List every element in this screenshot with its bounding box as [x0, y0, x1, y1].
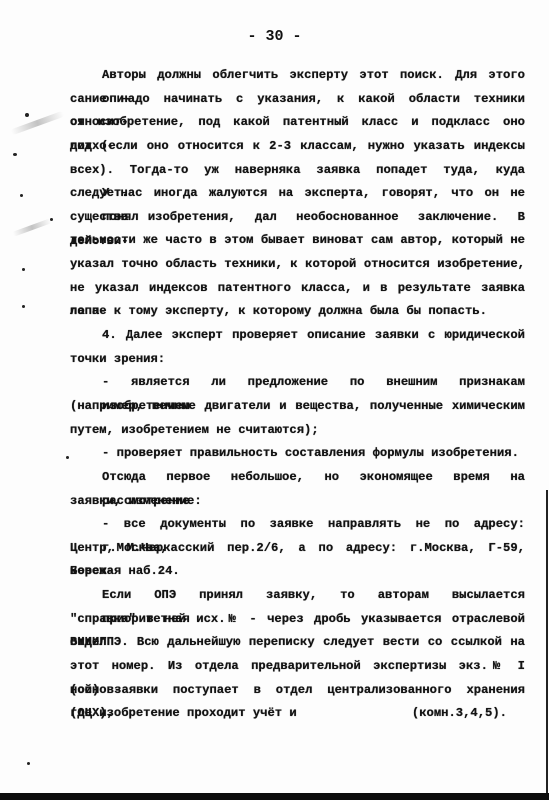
text-line: ся изобретение, под какой патентный клас…: [70, 111, 525, 135]
text-line: этот номер. Из отдела предварительной эк…: [70, 655, 525, 679]
text-line: ной) заявки поступает в отдел централизо…: [70, 679, 525, 703]
text-line: не указал индексов патентного класса, и …: [70, 277, 525, 301]
text-line-content: 4. Далее эксперт проверяет описание заяв…: [102, 328, 525, 342]
text-line: (например, вечные двигатели и вещества, …: [70, 395, 525, 419]
scan-speck: [22, 268, 25, 271]
text-line: 4. Далее эксперт проверяет описание заяв…: [70, 324, 525, 348]
text-line: - проверяет правильность составления фор…: [70, 442, 525, 466]
text-line: точки зрения:: [70, 348, 525, 372]
text-line-content: указал точно область техники, к которой …: [70, 257, 525, 271]
text-line: заявки, изменение:: [70, 490, 525, 514]
scan-speck: [66, 456, 69, 459]
text-line: "справка" в ней исх.№ - через дробь указ…: [70, 608, 525, 632]
text-line: указал точно область техники, к которой …: [70, 253, 525, 277]
text-line: ВНИИГПЭ. Всю дальнейшую переписку следуе…: [70, 631, 525, 655]
page-number: - 30 -: [0, 28, 549, 45]
scan-speck: [22, 305, 25, 308]
text-line: Авторы должны облегчить эксперту этот по…: [70, 64, 525, 88]
text-line-content: ковская наб.24.: [70, 564, 180, 578]
text-line: Если ОПЭ принял заявку, то авторам высыл…: [70, 584, 525, 608]
text-line: тельности же часто в этом бывает виноват…: [70, 229, 525, 253]
text-line-content: ВНИИГПЭ. Всю дальнейшую переписку следуе…: [70, 635, 525, 649]
text-line-content: путем, изобретением не считаются);: [70, 423, 319, 437]
document-body: Авторы должны облегчить эксперту этот по…: [70, 64, 525, 726]
text-line-content: тельности же часто в этом бывает виноват…: [70, 233, 525, 247]
scan-speck: [27, 762, 30, 765]
text-line: У нас иногда жалуются на эксперта, говор…: [70, 182, 525, 206]
scan-bottom-edge: [0, 793, 549, 800]
scan-speck: [13, 153, 17, 156]
text-line: где изобретение проходит учёт и(комн.3,4…: [70, 702, 525, 726]
text-line-content: заявки, изменение:: [70, 494, 202, 508]
text-line: ковская наб.24.: [70, 560, 525, 584]
text-line: всех). Тогда-то уж наверняка заявка попа…: [70, 159, 525, 183]
text-line: - все документы по заявке направлять не …: [70, 513, 525, 537]
scan-smudge: [12, 218, 51, 236]
scan-edge-line: [546, 490, 548, 795]
scan-smudge: [11, 111, 65, 135]
text-line: Центр, М.Черкасский пер.2/6, а по адресу…: [70, 537, 525, 561]
text-line: сание надо начинать с указания, к какой …: [70, 88, 525, 112]
text-line-content: точки зрения:: [70, 352, 165, 366]
text-line: - является ли предложение по внешним при…: [70, 371, 525, 395]
text-line: существа изобретения, дал необоснованное…: [70, 206, 525, 230]
scan-speck: [25, 113, 29, 117]
text-line: ла не к тому эксперту, к которому должна…: [70, 300, 525, 324]
text-line-content: - проверяет правильность составления фор…: [102, 446, 519, 460]
text-line: Отсюда первое небольшое, но экономящее в…: [70, 466, 525, 490]
scanned-page: - 30 - Авторы должны облегчить эксперту …: [0, 0, 549, 800]
text-line-content: ла не к тому эксперту, к которому должна…: [70, 304, 487, 318]
scan-speck: [20, 194, 23, 197]
text-line-tail: (комн.3,4,5).: [412, 702, 507, 726]
scan-speck: [50, 218, 53, 221]
text-line: дит (если оно относится к 2-3 классам, н…: [70, 135, 525, 159]
text-line-content: где изобретение проходит учёт и: [70, 706, 297, 720]
text-line: путем, изобретением не считаются);: [70, 419, 525, 443]
text-line-content: (например, вечные двигатели и вещества, …: [70, 399, 525, 413]
text-line-content: дит (если оно относится к 2-3 классам, н…: [70, 139, 525, 153]
